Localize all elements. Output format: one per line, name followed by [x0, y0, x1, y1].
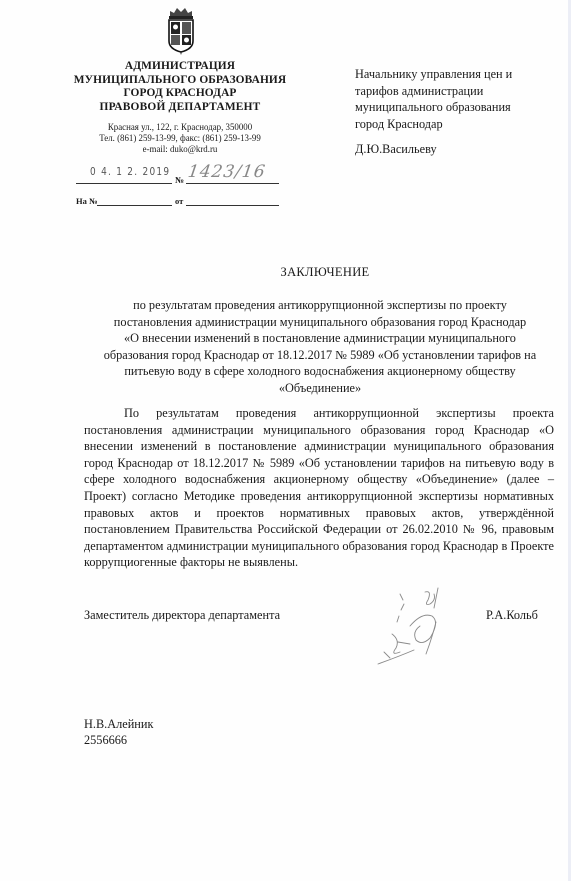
registration-date: 0 4. 1 2. 2019 — [90, 166, 170, 178]
addressee-line: Начальнику управления цен и — [355, 66, 565, 83]
number-label: № — [175, 175, 184, 185]
subject-line: «Объединение» — [82, 380, 558, 397]
addressee-line: тарифов администрации — [355, 83, 565, 100]
registration-line: 0 4. 1 2. 2019 № 1423/16 — [76, 166, 316, 186]
signature-icon — [370, 582, 465, 672]
subject-line: питьевую воду в сфере холодного водоснаб… — [82, 363, 558, 380]
from-label: от — [175, 196, 183, 206]
org-line: МУНИЦИПАЛЬНОГО ОБРАЗОВАНИЯ — [60, 74, 300, 88]
number-underline — [186, 183, 279, 184]
from-underline — [186, 205, 279, 206]
org-line: ГОРОД КРАСНОДАР — [60, 87, 300, 101]
organization-name: АДМИНИСТРАЦИЯ МУНИЦИПАЛЬНОГО ОБРАЗОВАНИЯ… — [60, 60, 300, 101]
org-line: АДМИНИСТРАЦИЯ — [60, 60, 300, 74]
reference-line: На № от — [76, 196, 316, 210]
email: e-mail: duko@krd.ru — [60, 144, 300, 155]
addressee-name: Д.Ю.Васильеву — [355, 142, 437, 157]
document-page: АДМИНИСТРАЦИЯ МУНИЦИПАЛЬНОГО ОБРАЗОВАНИЯ… — [0, 0, 568, 881]
subject-line: «О внесении изменений в постановление ад… — [82, 330, 558, 347]
executor-phone: 2556666 — [84, 732, 127, 748]
signer-name: Р.А.Кольб — [486, 608, 538, 623]
document-subject: по результатам проведения антикоррупцион… — [82, 297, 558, 397]
addressee: Начальнику управления цен и тарифов адми… — [355, 66, 565, 132]
subject-line: образования город Краснодар от 18.12.201… — [82, 347, 558, 364]
addressee-line: муниципального образования — [355, 99, 565, 116]
contact-info: Красная ул., 122, г. Краснодар, 350000 Т… — [60, 122, 300, 155]
executor-name: Н.В.Алейник — [84, 716, 153, 732]
subject-line: по результатам проведения антикоррупцион… — [82, 297, 558, 314]
reference-underline — [97, 205, 172, 206]
reference-label: На № — [76, 196, 98, 206]
coat-of-arms-icon — [166, 5, 196, 55]
registration-number: 1423/16 — [187, 162, 267, 182]
subject-line: постановления администрации муниципально… — [82, 314, 558, 331]
department-name: ПРАВОВОЙ ДЕПАРТАМЕНТ — [60, 101, 300, 113]
document-title: ЗАКЛЮЧЕНИЕ — [80, 265, 570, 280]
addressee-line: город Краснодар — [355, 116, 565, 133]
phone-fax: Тел. (861) 259-13-99, факс: (861) 259-13… — [60, 133, 300, 144]
address: Красная ул., 122, г. Краснодар, 350000 — [60, 122, 300, 133]
date-underline — [76, 183, 172, 184]
signer-position: Заместитель директора департамента — [84, 608, 280, 623]
body-paragraph: По результатам проведения антикоррупцион… — [84, 405, 554, 571]
